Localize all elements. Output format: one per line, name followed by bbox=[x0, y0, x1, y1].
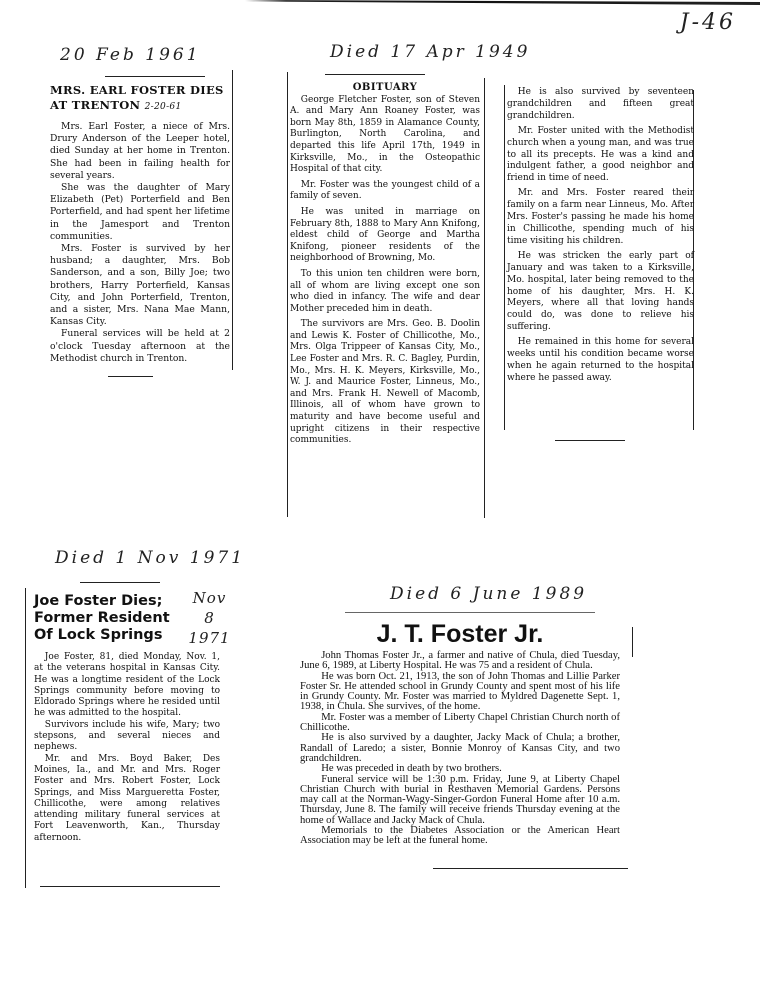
paragraph: Survivors include his wife, Mary; two st… bbox=[34, 720, 220, 754]
paragraph: Mr. Foster was a member of Liberty Chape… bbox=[300, 713, 620, 734]
paragraph: Mrs. Foster is survived by her husband; … bbox=[50, 243, 230, 328]
headline: MRS. EARL FOSTER DIES AT TRENTON 2-20-61 bbox=[50, 83, 230, 115]
clipping-jt-foster: J. T. Foster Jr. John Thomas Foster Jr.,… bbox=[300, 620, 620, 847]
paragraph: Mr. Foster was the youngest child of a f… bbox=[290, 180, 480, 203]
paragraph: Joe Foster, 81, died Monday, Nov. 1, at … bbox=[34, 652, 220, 720]
paragraph: He remained in this home for several wee… bbox=[507, 337, 694, 385]
clip-border bbox=[232, 70, 233, 370]
paragraph: He was stricken the early part of Januar… bbox=[507, 251, 694, 334]
clipping-earl-foster: MRS. EARL FOSTER DIES AT TRENTON 2-20-61… bbox=[50, 83, 230, 365]
paragraph: Funeral services will be held at 2 o'clo… bbox=[50, 328, 230, 365]
paragraph: George Fletcher Foster, son of Steven A.… bbox=[290, 95, 480, 176]
divider bbox=[555, 440, 625, 441]
scan-edge-line bbox=[245, 0, 760, 5]
paragraph: He was united in marriage on February 8t… bbox=[290, 207, 480, 265]
clip-border bbox=[504, 85, 505, 430]
handwritten-date-3: Died 1 Nov 1971 bbox=[55, 548, 245, 568]
headline: J. T. Foster Jr. bbox=[300, 620, 620, 648]
paragraph: Mr. Foster united with the Methodist chu… bbox=[507, 126, 694, 186]
clip-border bbox=[632, 627, 633, 657]
paragraph: John Thomas Foster Jr., a farmer and nat… bbox=[300, 651, 620, 672]
headline: OBITUARY bbox=[290, 82, 480, 94]
paragraph: Mr. and Mrs. Foster reared their family … bbox=[507, 188, 694, 248]
divider bbox=[108, 376, 153, 377]
handwritten-date-4: Died 6 June 1989 bbox=[390, 584, 587, 604]
paragraph: Funeral service will be 1:30 p.m. Friday… bbox=[300, 775, 620, 826]
paragraph: She was the daughter of Mary Elizabeth (… bbox=[50, 182, 230, 243]
clip-border bbox=[484, 78, 485, 518]
paragraph: Mrs. Earl Foster, a niece of Mrs. Drury … bbox=[50, 121, 230, 182]
headline-date-note: 2-20-61 bbox=[145, 102, 182, 112]
paragraph: He is also survived by seventeen grandch… bbox=[507, 87, 694, 123]
paragraph: The survivors are Mrs. Geo. B. Doolin an… bbox=[290, 319, 480, 447]
paragraph: He was born Oct. 21, 1913, the son of Jo… bbox=[300, 672, 620, 713]
paragraph: To this union ten children were born, al… bbox=[290, 269, 480, 315]
divider bbox=[433, 868, 628, 869]
clip-border bbox=[287, 72, 288, 517]
paragraph: Mr. and Mrs. Boyd Baker, Des Moines, Ia.… bbox=[34, 754, 220, 844]
clipping-joe-foster: Joe Foster Dies; Former Resident Of Lock… bbox=[34, 593, 220, 844]
handwritten-date-1: 20 Feb 1961 bbox=[60, 45, 201, 65]
clipping-george-foster-col1: OBITUARY George Fletcher Foster, son of … bbox=[290, 82, 480, 451]
paragraph: He is also survived by a daughter, Jacky… bbox=[300, 733, 620, 764]
divider bbox=[80, 582, 160, 583]
clipping-george-foster-col2: He is also survived by seventeen grandch… bbox=[507, 87, 694, 388]
clip-border bbox=[25, 588, 26, 888]
handwritten-date-2: Died 17 Apr 1949 bbox=[330, 42, 530, 62]
divider bbox=[345, 612, 595, 613]
paragraph: Memorials to the Diabetes Association or… bbox=[300, 826, 620, 847]
page-number: J-46 bbox=[680, 10, 736, 35]
divider bbox=[40, 886, 220, 887]
divider bbox=[105, 76, 205, 77]
headline: Joe Foster Dies; Former Resident Of Lock… bbox=[34, 593, 182, 644]
divider bbox=[325, 74, 425, 75]
